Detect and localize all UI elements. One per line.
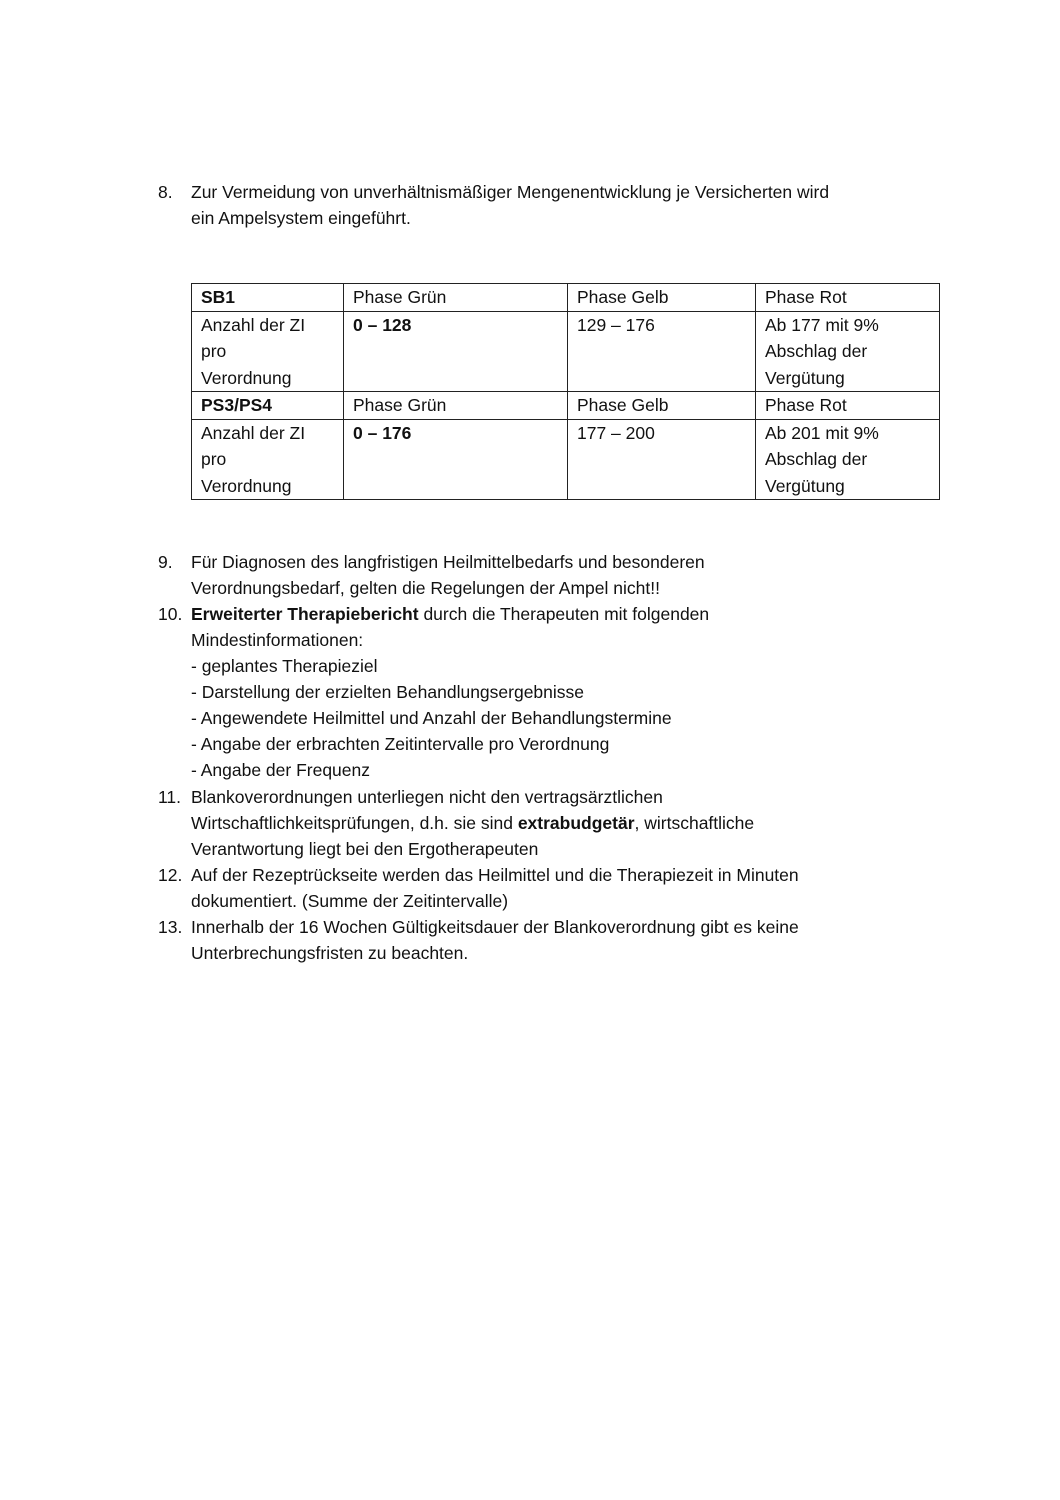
bullet-line: - Angabe der erbrachten Zeitintervalle p… (191, 731, 958, 757)
phase-red-header: Phase Rot (756, 284, 940, 312)
item-text: Für Diagnosen des langfristigen Heilmitt… (191, 549, 958, 575)
phase-yellow-header: Phase Gelb (568, 284, 756, 312)
table-header-row: SB1 Phase Grün Phase Gelb Phase Rot (192, 284, 940, 312)
item-number: 12. (158, 862, 182, 888)
green-range: 0 – 176 (353, 423, 411, 443)
item-text: Blankoverordnungen unterliegen nicht den… (191, 784, 958, 810)
red-range: Ab 177 mit 9% Abschlag der Vergütung (756, 311, 940, 392)
item-number: 11. (158, 784, 181, 810)
yellow-range: 129 – 176 (568, 311, 756, 392)
green-range: 0 – 128 (353, 315, 411, 335)
phase-red-header: Phase Rot (756, 392, 940, 420)
item-bold-lead: Erweiterter Therapiebericht (191, 604, 419, 624)
item-number: 9. (158, 549, 173, 575)
list-item-8: 8. Zur Vermeidung von unverhältnismäßige… (158, 179, 958, 231)
item-text: Innerhalb der 16 Wochen Gültigkeitsdauer… (191, 914, 958, 940)
table-row: Anzahl der ZI pro Verordnung 0 – 128 129… (192, 311, 940, 392)
phase-yellow-header: Phase Gelb (568, 392, 756, 420)
yellow-range: 177 – 200 (568, 419, 756, 500)
list-item-12: 12. Auf der Rezeptrückseite werden das H… (158, 862, 958, 914)
group-label: PS3/PS4 (201, 395, 272, 415)
red-range: Ab 201 mit 9% Abschlag der Vergütung (756, 419, 940, 500)
item-text: Verordnungsbedarf, gelten die Regelungen… (191, 575, 958, 601)
bullet-line: - Darstellung der erzielten Behandlungse… (191, 679, 958, 705)
bullet-line: - Angabe der Frequenz (191, 757, 958, 783)
group-label: SB1 (201, 287, 235, 307)
ampel-table: SB1 Phase Grün Phase Gelb Phase Rot Anza… (191, 283, 940, 500)
item-text: dokumentiert. (Summe der Zeitintervalle) (191, 888, 958, 914)
phase-green-header: Phase Grün (344, 392, 568, 420)
bullet-line: - Angewendete Heilmittel und Anzahl der … (191, 705, 958, 731)
item-number: 10. (158, 601, 182, 627)
row-label: Anzahl der ZI pro Verordnung (192, 419, 344, 500)
list-item-11: 11. Blankoverordnungen unterliegen nicht… (158, 784, 958, 862)
bullet-line: - geplantes Therapieziel (191, 653, 958, 679)
item-text: Zur Vermeidung von unverhältnismäßiger M… (191, 179, 958, 205)
item-text: Unterbrechungsfristen zu beachten. (191, 940, 958, 966)
document-page: 8. Zur Vermeidung von unverhältnismäßige… (0, 0, 1060, 1500)
item-text: Mindestinformationen: (191, 627, 958, 653)
row-label: Anzahl der ZI pro Verordnung (192, 311, 344, 392)
table-row: Anzahl der ZI pro Verordnung 0 – 176 177… (192, 419, 940, 500)
item-text: Verantwortung liegt bei den Ergotherapeu… (191, 836, 958, 862)
item-number: 8. (158, 179, 173, 205)
item-text: Auf der Rezeptrückseite werden das Heilm… (191, 862, 958, 888)
phase-green-header: Phase Grün (344, 284, 568, 312)
table-header-row: PS3/PS4 Phase Grün Phase Gelb Phase Rot (192, 392, 940, 420)
list-item-10: 10. Erweiterter Therapiebericht durch di… (158, 601, 958, 783)
list-item-9: 9. Für Diagnosen des langfristigen Heilm… (158, 549, 958, 601)
list-item-13: 13. Innerhalb der 16 Wochen Gültigkeitsd… (158, 914, 958, 966)
item-bold-word: extrabudgetär (518, 813, 635, 833)
item-number: 13. (158, 914, 182, 940)
item-text: ein Ampelsystem eingeführt. (191, 205, 958, 231)
